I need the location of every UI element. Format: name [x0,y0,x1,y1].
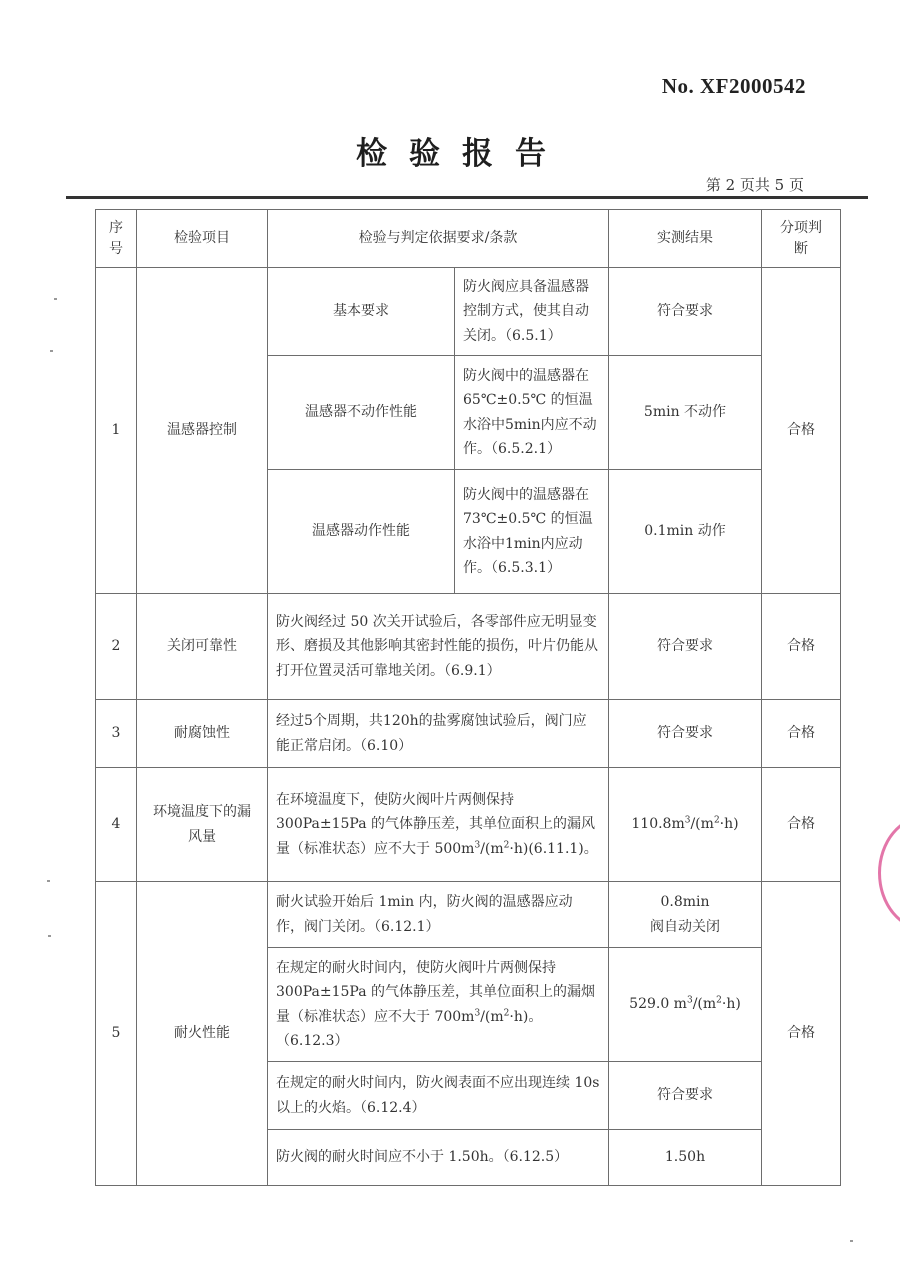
col-header-judge: 分项判断 [762,210,841,268]
row-item: 环境温度下的漏风量 [137,768,268,882]
table-row: 5 耐火性能 耐火试验开始后 1min 内，防火阀的温感器应动作，阀门关闭。（6… [96,882,841,948]
col-header-result: 实测结果 [609,210,762,268]
scan-speck [47,880,50,882]
table-row: 1 温感器控制 基本要求 防火阀应具备温感器控制方式，使其自动关闭。（6.5.1… [96,268,841,356]
page-info: 第 2 页共 5 页 [706,174,804,195]
row-judge: 合格 [762,594,841,700]
row-result: 符合要求 [609,700,762,768]
sub-item-result: 0.1min 动作 [609,470,762,594]
sub-item-result: 5min 不动作 [609,356,762,470]
table-row: 3 耐腐蚀性 经过5个周期，共120h的盐雾腐蚀试验后，阀门应能正常启闭。（6.… [96,700,841,768]
col-header-seq: 序号 [96,210,137,268]
page-title: 检验报告 [0,128,900,173]
sub-item-result: 1.50h [609,1130,762,1186]
sub-item-name: 温感器不动作性能 [268,356,455,470]
col-header-item: 检验项目 [137,210,268,268]
row-judge: 合格 [762,882,841,1186]
sub-item-requirement: 在规定的耐火时间内，防火阀表面不应出现连续 10s 以上的火焰。（6.12.4） [268,1062,609,1130]
sub-item-result: 符合要求 [609,268,762,356]
row-seq: 4 [96,768,137,882]
row-item: 耐腐蚀性 [137,700,268,768]
row-item: 耐火性能 [137,882,268,1186]
sub-item-requirement: 防火阀应具备温感器控制方式，使其自动关闭。（6.5.1） [455,268,609,356]
scan-speck [850,1240,853,1242]
row-seq: 5 [96,882,137,1186]
row-judge: 合格 [762,700,841,768]
sub-item-requirement: 耐火试验开始后 1min 内，防火阀的温感器应动作，阀门关闭。（6.12.1） [268,882,609,948]
header-divider [66,196,868,199]
table-row: 2 关闭可靠性 防火阀经过 50 次关开试验后，各零部件应无明显变形、磨损及其他… [96,594,841,700]
sub-item-name: 基本要求 [268,268,455,356]
col-header-requirement: 检验与判定依据要求/条款 [268,210,609,268]
scan-speck [50,350,53,352]
row-item: 关闭可靠性 [137,594,268,700]
row-result: 符合要求 [609,594,762,700]
row-requirement: 防火阀经过 50 次关开试验后，各零部件应无明显变形、磨损及其他影响其密封性能的… [268,594,609,700]
scan-speck [48,935,51,937]
sub-item-result: 符合要求 [609,1062,762,1130]
row-judge: 合格 [762,268,841,594]
sub-item-requirement: 防火阀中的温感器在 65℃±0.5℃ 的恒温水浴中5min内应不动作。（6.5.… [455,356,609,470]
sub-item-result: 0.8min阀自动关闭 [609,882,762,948]
scan-speck [54,298,57,300]
row-judge: 合格 [762,768,841,882]
official-seal-stamp [878,815,900,931]
table-header-row: 序号 检验项目 检验与判定依据要求/条款 实测结果 分项判断 [96,210,841,268]
sub-item-name: 温感器动作性能 [268,470,455,594]
table-row: 4 环境温度下的漏风量 在环境温度下，使防火阀叶片两侧保持300Pa±15Pa … [96,768,841,882]
sub-item-result: 529.0 m3/(m2·h) [609,948,762,1062]
sub-item-requirement: 防火阀中的温感器在 73℃±0.5℃ 的恒温水浴中1min内应动作。（6.5.3… [455,470,609,594]
row-requirement: 在环境温度下，使防火阀叶片两侧保持300Pa±15Pa 的气体静压差，其单位面积… [268,768,609,882]
row-item: 温感器控制 [137,268,268,594]
row-seq: 3 [96,700,137,768]
sub-item-requirement: 防火阀的耐火时间应不小于 1.50h。（6.12.5） [268,1130,609,1186]
row-requirement: 经过5个周期，共120h的盐雾腐蚀试验后，阀门应能正常启闭。（6.10） [268,700,609,768]
inspection-table: 序号 检验项目 检验与判定依据要求/条款 实测结果 分项判断 1 温感器控制 基… [95,209,841,1186]
row-result: 110.8m3/(m2·h) [609,768,762,882]
report-number: No. XF2000542 [662,74,806,99]
row-seq: 2 [96,594,137,700]
row-seq: 1 [96,268,137,594]
sub-item-requirement: 在规定的耐火时间内，使防火阀叶片两侧保持300Pa±15Pa 的气体静压差，其单… [268,948,609,1062]
